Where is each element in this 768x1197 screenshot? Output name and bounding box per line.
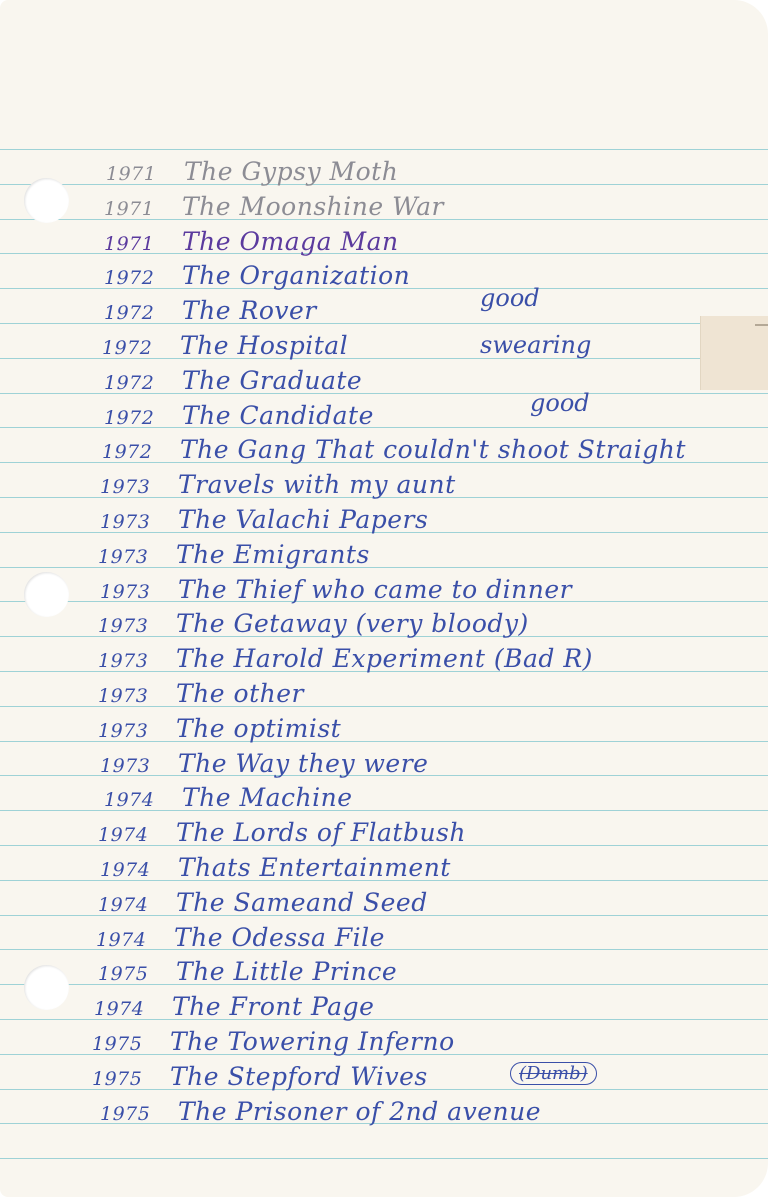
entry-title: The Towering Inferno	[170, 1027, 455, 1056]
list-item: 1972The Organization	[104, 263, 410, 288]
entry-note: good	[530, 389, 590, 417]
paper-tab	[700, 316, 768, 390]
entry-title: The other	[176, 679, 304, 708]
list-item: 1974Thats Entertainment	[100, 855, 451, 880]
entry-title: The Moonshine War	[182, 192, 444, 221]
entry-year: 1973	[98, 687, 176, 706]
binder-hole-middle	[24, 572, 69, 617]
entry-title: Travels with my aunt	[178, 470, 456, 499]
entry-title: The Sameand Seed	[176, 888, 428, 917]
entry-year: 1973	[98, 652, 176, 671]
list-item: 1973The Thief who came to dinner	[100, 577, 572, 602]
entry-year: 1974	[100, 861, 178, 880]
entry-year: 1972	[104, 269, 182, 288]
entry-year: 1975	[92, 1070, 170, 1089]
entry-year: 1975	[92, 1035, 170, 1054]
entry-year: 1973	[100, 583, 178, 602]
ruled-line	[0, 149, 768, 150]
entry-year: 1971	[104, 200, 182, 219]
entry-title: Thats Entertainment	[178, 853, 451, 882]
entry-title: The Front Page	[172, 992, 374, 1021]
list-item: 1971The Moonshine War	[104, 194, 444, 219]
list-item: 1972The Graduate	[104, 368, 362, 393]
entry-year: 1972	[104, 374, 182, 393]
list-item: 1973The Harold Experiment (Bad R)	[98, 646, 593, 671]
entry-title: The Machine	[182, 783, 353, 812]
entry-title: The Way they were	[178, 749, 428, 778]
entry-title: The Graduate	[182, 366, 362, 395]
entry-year: 1971	[106, 165, 184, 184]
list-item: 1975The Little Prince	[98, 959, 397, 984]
entry-title: The Valachi Papers	[178, 505, 428, 534]
ruled-line	[0, 1158, 768, 1159]
entry-title: The Candidate	[182, 401, 374, 430]
entry-title: The Emigrants	[176, 540, 370, 569]
list-item: 1972The Hospital	[102, 333, 348, 358]
list-item: 1973Travels with my aunt	[100, 472, 456, 497]
entry-year: 1974	[94, 1000, 172, 1019]
list-item: 1973The Valachi Papers	[100, 507, 428, 532]
entry-title: The Lords of Flatbush	[176, 818, 466, 847]
list-item: 1972The Gang That couldn't shoot Straigh…	[102, 437, 686, 462]
entry-year: 1975	[100, 1105, 178, 1124]
entry-title: The Getaway (very bloody)	[176, 609, 529, 638]
list-item: 1974The Front Page	[94, 994, 374, 1019]
entry-year: 1973	[100, 757, 178, 776]
entry-year: 1975	[98, 965, 176, 984]
entry-year: 1972	[104, 304, 182, 323]
entry-note: good	[480, 284, 540, 312]
entry-title: The Little Prince	[176, 957, 397, 986]
entry-year: 1972	[102, 443, 180, 462]
entry-title: The Harold Experiment (Bad R)	[176, 644, 593, 673]
list-item: 1971The Gypsy Moth	[106, 159, 398, 184]
list-item: 1974The Machine	[104, 785, 353, 810]
entry-title: The Omaga Man	[182, 227, 399, 256]
entry-title: The Gang That couldn't shoot Straight	[180, 435, 686, 464]
list-item: 1974The Odessa File	[96, 925, 385, 950]
entry-year: 1973	[98, 722, 176, 741]
entry-title: The Gypsy Moth	[184, 157, 398, 186]
list-item: 1973The Way they were	[100, 751, 428, 776]
entry-title: The optimist	[176, 714, 341, 743]
entry-note: swearing	[480, 331, 591, 359]
entry-year: 1973	[98, 548, 176, 567]
entry-title: The Thief who came to dinner	[178, 575, 572, 604]
binder-hole-top	[24, 178, 69, 223]
notebook-page: 1971The Gypsy Moth1971The Moonshine War1…	[0, 0, 768, 1197]
entry-title: The Rover	[182, 296, 317, 325]
entry-year: 1974	[96, 931, 174, 950]
list-item: 1973The other	[98, 681, 304, 706]
tab-mark	[755, 324, 768, 326]
entry-year: 1974	[98, 896, 176, 915]
list-item: 1972The Candidate	[104, 403, 374, 428]
entry-note: (Dumb)	[510, 1062, 597, 1085]
entry-year: 1973	[100, 478, 178, 497]
list-item: 1975The Stepford Wives	[92, 1064, 428, 1089]
entry-year: 1974	[104, 791, 182, 810]
list-item: 1971The Omaga Man	[104, 229, 399, 254]
list-item: 1972The Rover	[104, 298, 317, 323]
entry-title: The Stepford Wives	[170, 1062, 428, 1091]
entry-title: The Hospital	[180, 331, 348, 360]
list-item: 1973The Emigrants	[98, 542, 370, 567]
list-item: 1974The Sameand Seed	[98, 890, 428, 915]
binder-hole-bottom	[24, 965, 69, 1010]
entry-year: 1973	[98, 617, 176, 636]
entry-year: 1972	[102, 339, 180, 358]
list-item: 1973The optimist	[98, 716, 341, 741]
entry-title: The Odessa File	[174, 923, 385, 952]
list-item: 1974The Lords of Flatbush	[98, 820, 466, 845]
entry-year: 1973	[100, 513, 178, 532]
entry-year: 1974	[98, 826, 176, 845]
entry-title: The Organization	[182, 261, 410, 290]
entry-title: The Prisoner of 2nd avenue	[178, 1097, 541, 1126]
entry-year: 1971	[104, 235, 182, 254]
list-item: 1975The Prisoner of 2nd avenue	[100, 1099, 541, 1124]
entry-year: 1972	[104, 409, 182, 428]
list-item: 1975The Towering Inferno	[92, 1029, 455, 1054]
list-item: 1973The Getaway (very bloody)	[98, 611, 529, 636]
